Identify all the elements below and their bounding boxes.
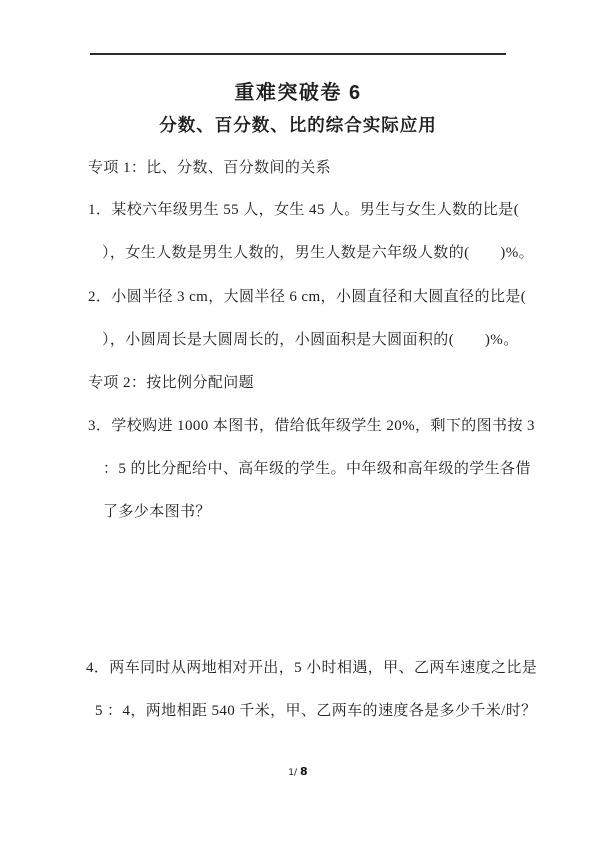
problem-3-line-2: ：5 的比分配给中、高年级的学生。中年级和高年级的学生各借 — [103, 460, 531, 478]
problem-3-line-3: 了多少本图书？ — [103, 503, 211, 521]
header-divider-rule — [90, 53, 506, 55]
problem-4-line-1: 4．两车同时从两地相对开出，5 小时相遇，甲、乙两车速度之比是 — [86, 659, 537, 677]
problem-3-line-1: 3．学校购进 1000 本图书，借给低年级学生 20%，剩下的图书按 3 — [88, 417, 535, 435]
worksheet-title: 重难突破卷 6 — [0, 76, 596, 105]
problem-2-line-1: 2．小圆半径 3 cm，大圆半径 6 cm，小圆直径和大圆直径的比是( — [88, 288, 526, 306]
problem-1-line-1: 1．某校六年级男生 55 人，女生 45 人。男生与女生人数的比是( — [88, 201, 519, 219]
section-1-heading: 专项 1：比、分数、百分数间的关系 — [88, 159, 331, 177]
worksheet-page: 重难突破卷 6 分数、百分数、比的综合实际应用 专项 1：比、分数、百分数间的关… — [0, 0, 596, 842]
problem-2-line-2: ），小圆周长是大圆周长的，小圆面积是大圆面积的( )%。 — [102, 331, 519, 349]
page-number-current: 1/ — [288, 768, 297, 778]
worksheet-subtitle: 分数、百分数、比的综合实际应用 — [0, 112, 596, 137]
problem-1-line-2: ），女生人数是男生人数的，男生人数是六年级人数的( )%。 — [102, 244, 534, 262]
problem-4-line-2: 5 ：4，两地相距 540 千米，甲、乙两车的速度各是多少千米/时？ — [95, 702, 537, 720]
page-number-total: 8 — [300, 765, 308, 778]
page-number-indicator: 1/8 — [0, 765, 596, 778]
section-2-heading: 专项 2：按比例分配问题 — [88, 374, 254, 392]
